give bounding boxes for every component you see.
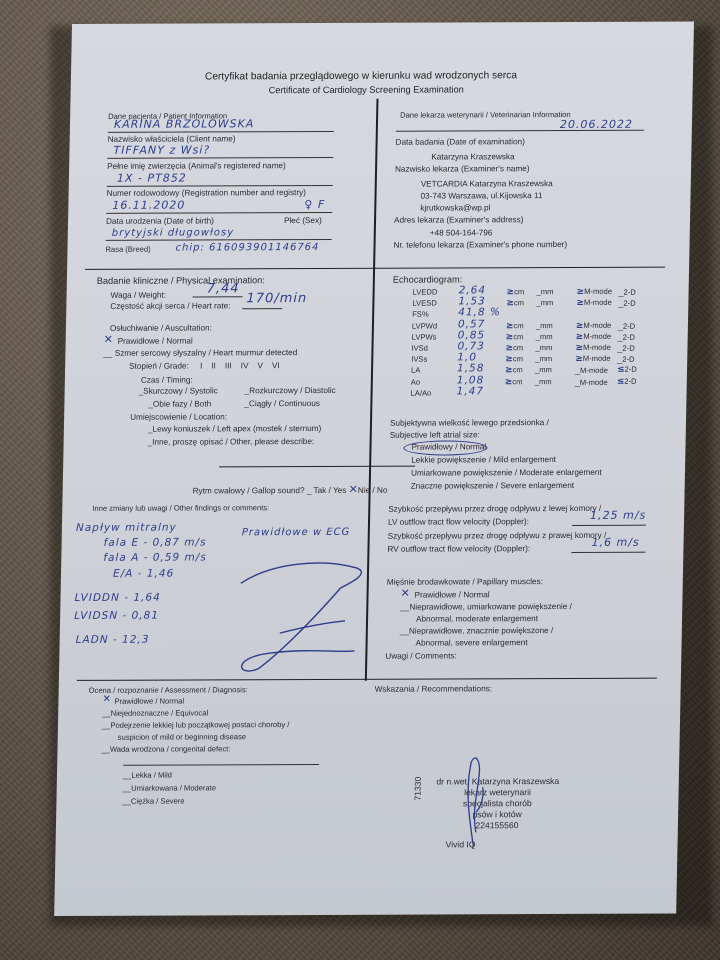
unit-mm-option[interactable]: _mm: [535, 343, 552, 353]
underline: [108, 131, 334, 133]
checkmark-x-icon[interactable]: ✕: [104, 333, 113, 347]
unit-cm-option[interactable]: ≥cm: [505, 366, 523, 377]
timing-continuous[interactable]: _Ciągły / Continuous: [244, 399, 320, 410]
murmur-label: Szmer sercowy słyszalny / Heart murmur d…: [115, 348, 298, 358]
comments-label: Inne zmiany lub uwagi / Other findings o…: [92, 503, 269, 513]
assessment-normal: Prawidłowe / Normal: [114, 696, 184, 706]
address-line-1: VETCARDIA Katarzyna Kraszewska: [421, 179, 553, 190]
checkmark-icon: _: [575, 365, 580, 375]
checkmark-icon: ≥: [505, 343, 513, 353]
echo-label-lvpws: LVPWs: [412, 332, 437, 342]
suspicion-en: suspicion of mild or beginning disease: [118, 732, 247, 742]
defect-description-line: [123, 764, 319, 766]
grade-option[interactable]: V: [257, 361, 263, 370]
mode-2d-option[interactable]: ≤2-D: [617, 376, 637, 387]
timing-diastolic[interactable]: _Rozkurczowy / Diastolic: [245, 386, 336, 397]
signature-icon: [455, 752, 497, 852]
animal-name-value: 1X - PT852: [117, 172, 187, 186]
equivocal-label: Niejednoznaczne / Equivocal: [111, 708, 209, 717]
papillary-severe-option[interactable]: __Nieprawidłowe, znacznie powiększone /: [400, 626, 554, 637]
atrial-label-en: Subjective left atrial size:: [390, 430, 480, 441]
comment-line: Napływ mitralny: [76, 522, 177, 536]
underline: [571, 552, 645, 553]
grade-options: IIIIIIIVVVI: [191, 361, 280, 370]
location-label: Umiejscowienie / Location:: [130, 412, 227, 423]
unit-cm-option[interactable]: ≥cm: [506, 298, 524, 309]
lv-doppler-label-pl: Szybkość przepływu przez drogę odpływu z…: [388, 504, 601, 515]
signature-z-icon: [229, 553, 371, 674]
sex-value: ♀ F: [304, 198, 325, 212]
severity-severe-option[interactable]: __Ciężka / Severe: [122, 796, 184, 806]
title-polish: Certyfikat badania przeglądowego w kieru…: [205, 70, 517, 84]
unit-mm-option[interactable]: _mm: [535, 377, 552, 387]
sex-label: Płeć (Sex): [284, 216, 322, 226]
mode-2d-option[interactable]: _2-D: [618, 332, 635, 343]
grade-option[interactable]: I: [200, 361, 202, 370]
severity-moderate-option[interactable]: __Umiarkowana / Moderate: [123, 783, 216, 793]
checkmark-icon: ≥: [505, 377, 513, 387]
stamp-vertical-number: 71330: [412, 777, 423, 801]
client-name-value: TIFFANY z Wsi?: [113, 143, 210, 157]
checkmark-icon: _: [575, 377, 580, 387]
patient-name-value: KARINA BRZOLOWSKA: [114, 117, 255, 131]
underline: [107, 157, 333, 159]
registration-label: Numer rodowodowy (Registration number an…: [106, 188, 306, 199]
rv-doppler-label-en: RV outflow tract flow velocity (Doppler)…: [387, 544, 530, 555]
mode-2d-option[interactable]: _2-D: [618, 320, 635, 331]
severity-mild-option[interactable]: __Lekka / Mild: [123, 771, 172, 781]
mode-m-option[interactable]: ≥M-mode: [576, 320, 612, 331]
gallop-label: Rytm cwałowy / Gallop sound?: [193, 486, 305, 495]
atrial-option-severe[interactable]: Znaczne powiększenie / Severe enlargemen…: [411, 481, 575, 492]
comment-line: fala A - 0,59 m/s: [103, 551, 207, 565]
echo-section-label: Echocardiogram:: [393, 274, 463, 286]
heart-rate-value: 170/min: [246, 291, 307, 307]
comment-line: LVIDSN - 0,81: [74, 610, 159, 623]
severe-label: Ciężka / Severe: [131, 796, 185, 805]
echo-label-la-ao: LA/Ao: [410, 388, 431, 398]
suspicion-label: Podejrzenie lekkiej lub początkowej post…: [110, 720, 289, 730]
echo-label-ivss: IVSs: [411, 355, 427, 365]
checkmark-icon: _: [618, 320, 623, 330]
continuous-label: Ciągły / Continuous: [249, 399, 320, 408]
section-divider-1: [85, 267, 665, 271]
papillary-normal: Prawidłowe / Normal: [414, 590, 489, 601]
unit-cm-option[interactable]: ≥cm: [505, 377, 523, 388]
certificate-paper: Certyfikat badania przeglądowego w kieru…: [54, 22, 694, 916]
grade-label: Stopień / Grade:: [129, 362, 189, 371]
checkmark-icon: ≤: [617, 376, 625, 386]
stamp-line-5: 224155560: [422, 820, 572, 831]
auscultation-label: Osłuchiwanie / Auscultation:: [110, 323, 212, 334]
address-label: Adres lekarza (Examiner's address): [394, 215, 524, 226]
checkmark-icon: ≥: [505, 354, 513, 364]
checkmark-icon: _: [617, 343, 622, 353]
location-left-apex[interactable]: _Lewy koniuszek / Left apex (mostek / st…: [148, 424, 322, 435]
defect-label: Wada wrodzona / congenital defect:: [110, 744, 231, 753]
checkmark-icon: ≥: [505, 366, 513, 376]
other-label: Inne, proszę opisać / Other, please desc…: [152, 437, 314, 447]
murmur-option[interactable]: __ Szmer sercowy słyszalny / Heart murmu…: [103, 348, 297, 359]
timing-systolic[interactable]: _Skurczowy / Systolic: [139, 386, 218, 397]
unit-cm-option[interactable]: ≥cm: [506, 332, 524, 343]
timing-both[interactable]: _Obie fazy / Both: [148, 399, 211, 410]
papillary-label: Mięśnie brodawkowate / Papillary muscles…: [387, 577, 543, 588]
mode-m-option[interactable]: ≥M-mode: [575, 343, 611, 354]
unit-mm-option[interactable]: _mm: [536, 298, 553, 308]
grade-option[interactable]: II: [211, 361, 216, 370]
heart-rate-label: Częstość akcji serca / Heart rate:: [110, 301, 230, 312]
breed-value: brytyjski długowłosy: [112, 227, 235, 240]
moderate-label: Umiarkowana / Moderate: [131, 783, 216, 792]
registration-value: 16.11.2020: [112, 199, 185, 213]
rv-doppler-label-pl: Szybkość przepływu przez drogę odpływu z…: [388, 531, 607, 542]
chip-value: chip: 616093901146764: [175, 242, 319, 255]
assessment-suspicion-option[interactable]: __Podejrzenie lekkiej lub początkowej po…: [102, 720, 290, 730]
checkmark-icon: ≥: [575, 343, 583, 353]
grade-row: Stopień / Grade: IIIIIIIVVVI: [129, 361, 280, 372]
mode-m-option[interactable]: _M-mode: [575, 365, 608, 376]
timing-label: Czas / Timing:: [141, 375, 193, 385]
checkmark-icon: _: [618, 298, 623, 308]
underline: [106, 212, 332, 214]
recommendations-label: Wskazania / Recommendations:: [375, 684, 493, 695]
gallop-yes-option[interactable]: _ Tak / Yes: [307, 486, 347, 495]
underline: [242, 308, 282, 309]
assessment-label: Ocena / rozpoznanie / Assessment / Diagn…: [89, 685, 248, 695]
examiner-name: Katarzyna Kraszewska: [431, 152, 514, 163]
comment-line: fala E - 0,87 m/s: [103, 536, 206, 550]
papillary-comments-label: Uwagi / Comments:: [385, 651, 457, 662]
assessment-equivocal-option[interactable]: __Niejednoznaczne / Equivocal: [102, 708, 208, 718]
underline: [106, 239, 332, 241]
echo-label-lvesd: LVESD: [412, 299, 437, 309]
atrial-option-normal[interactable]: Prawidłowy / Normal: [411, 442, 486, 453]
grade-option[interactable]: III: [225, 361, 232, 370]
checkmark-icon: ≤: [617, 365, 625, 375]
checkmark-icon: ≥: [507, 287, 515, 297]
unit-mm-option[interactable]: _mm: [536, 332, 553, 342]
both-label: Obie fazy / Both: [153, 399, 211, 408]
stamp-line-3: specjalista chorób: [422, 798, 572, 809]
unit-mm-option[interactable]: _mm: [535, 365, 552, 375]
gallop-row: Rytm cwałowy / Gallop sound? _ Tak / Yes…: [193, 483, 388, 498]
unit-cm-option[interactable]: ≥cm: [505, 343, 523, 354]
auscultation-normal: Prawidłowe / Normal: [118, 336, 193, 347]
examiner-name-label: Nazwisko lekarza (Examiner's name): [395, 164, 530, 175]
rv-doppler-value: 1,6 m/s: [591, 536, 639, 550]
title-english: Certificate of Cardiology Screening Exam…: [269, 84, 464, 96]
checkmark-icon: _: [618, 332, 623, 342]
mode-m-option[interactable]: ≥M-mode: [575, 354, 611, 365]
email-link[interactable]: kjrutkowska@wp.pl: [420, 203, 490, 214]
diastolic-label: Rozkurczowy / Diastolic: [249, 386, 336, 395]
mild-label: Lekka / Mild: [131, 771, 172, 780]
mode-m-option[interactable]: ≥M-mode: [576, 298, 612, 309]
stamp-line-4: psów i kotów: [422, 809, 572, 820]
gallop-no-label: Nie / No: [358, 486, 388, 495]
papillary-moderate-label: Nieprawidłowe, umiarkowane powiększenie …: [409, 602, 572, 612]
stamp-line-2: lekarz weterynarii: [422, 787, 572, 798]
underline: [107, 185, 333, 187]
checkmark-icon: ≥: [577, 287, 585, 297]
echo-label-fs%: FS%: [412, 310, 429, 320]
atrial-option-moderate[interactable]: Umiarkowane powiększenie / Moderate enla…: [411, 468, 602, 479]
phone-value: +48 504-164-796: [430, 228, 493, 239]
assessment-defect-option[interactable]: __Wada wrodzona / congenital defect:: [101, 744, 230, 754]
mode-m-option[interactable]: ≥M-mode: [576, 287, 612, 298]
checkmark-icon: ≥: [576, 298, 584, 308]
comment-line: LVIDDN - 1,64: [74, 592, 160, 605]
echo-label-ivsd: IVSd: [411, 344, 428, 354]
checkmark-icon: ≥: [576, 332, 584, 342]
phone-label: Nr. telefonu lekarza (Examiner's phone n…: [393, 240, 567, 251]
mode-2d-option[interactable]: _2-D: [617, 354, 634, 365]
unit-cm-option[interactable]: ≥cm: [506, 321, 524, 332]
checkmark-icon: ≥: [575, 354, 583, 364]
ecg-note: Prawidłowe w ECG: [242, 527, 351, 540]
echo-label-lvpwd: LVPWd: [412, 321, 437, 331]
mode-m-option[interactable]: _M-mode: [575, 376, 608, 387]
checkmark-x-icon[interactable]: ✕: [400, 587, 409, 601]
underline: [572, 525, 646, 526]
atrial-label-pl: Subjektywna wielkość lewego przedsionka …: [390, 418, 549, 429]
location-other[interactable]: _Inne, proszę opisać / Other, please des…: [148, 437, 315, 448]
mode-2d-option[interactable]: _2-D: [617, 343, 634, 354]
unit-cm-option[interactable]: ≥cm: [505, 354, 523, 365]
unit-mm-option[interactable]: _mm: [536, 321, 553, 331]
unit-mm-option[interactable]: _mm: [537, 287, 554, 297]
echo-label-la: LA: [411, 366, 420, 376]
lv-doppler-value: 1,25 m/s: [590, 509, 646, 523]
exam-date-label: Data badania (Date of examination): [395, 137, 524, 148]
gallop-yes-label: Tak / Yes: [313, 486, 346, 495]
echo-label-lvedd: LVEDD: [413, 288, 438, 298]
checkmark-icon: ≥: [506, 298, 514, 308]
checkmark-icon: _: [619, 287, 624, 297]
stamp-line-1: dr n.wet. Katarzyna Kraszewska: [423, 776, 573, 787]
animal-name-label: Pełne imię zwierzęcia (Animal's register…: [107, 161, 286, 172]
unit-mm-option[interactable]: _mm: [535, 354, 552, 364]
mode-2d-option[interactable]: _2-D: [618, 287, 635, 298]
underline: [193, 296, 243, 297]
comment-line: E/A - 1,46: [113, 568, 174, 581]
checkmark-icon: _: [617, 354, 622, 364]
atrial-option-mild[interactable]: Lekkie powiększenie / Mild enlargement: [411, 455, 556, 466]
papillary-severe-label: Nieprawidłowe, znacznie powiększone /: [409, 626, 553, 636]
echo-value: 1,47: [456, 385, 484, 398]
breed-label: Rasa (Breed): [105, 245, 150, 255]
checkmark-icon: ≥: [506, 332, 514, 342]
unit-cm-option[interactable]: ≥cm: [506, 287, 524, 298]
grade-option[interactable]: IV: [241, 361, 249, 370]
comment-line: LADN - 12,3: [76, 634, 150, 647]
echo-label-ao: Ao: [411, 377, 420, 387]
papillary-moderate-option[interactable]: __Nieprawidłowe, umiarkowane powiększeni…: [400, 602, 572, 613]
papillary-moderate-en: Abnormal, moderate enlargement: [416, 614, 538, 625]
papillary-severe-en: Abnormal, severe enlargement: [415, 638, 527, 649]
address-line-2: 03-743 Warszawa, ul.Kijowska 11: [420, 191, 542, 202]
mode-2d-option[interactable]: ≤2-D: [617, 365, 637, 376]
lv-doppler-label-en: LV outflow tract flow velocity (Doppler)…: [388, 517, 529, 528]
grade-option[interactable]: VI: [272, 361, 280, 370]
checkmark-icon: ≥: [506, 321, 514, 331]
other-description-line: [219, 466, 415, 468]
mode-m-option[interactable]: ≥M-mode: [576, 332, 612, 343]
weight-value: 7,44: [207, 281, 240, 297]
dob-label: Data urodzenia (Date of birth): [106, 216, 214, 227]
systolic-label: Skurczowy / Systolic: [143, 386, 218, 395]
vet-section-label: Dane lekarza weterynarii / Veterinarian …: [400, 110, 571, 120]
weight-label: Waga / Weight:: [110, 291, 166, 301]
section-divider-2: [77, 678, 657, 682]
checkmark-x-icon[interactable]: ✕: [102, 694, 111, 707]
left-apex-label: Lewy koniuszek / Left apex (mostek / ste…: [152, 424, 321, 434]
checkmark-icon: ≥: [576, 321, 584, 331]
mode-2d-option[interactable]: _2-D: [618, 298, 635, 309]
